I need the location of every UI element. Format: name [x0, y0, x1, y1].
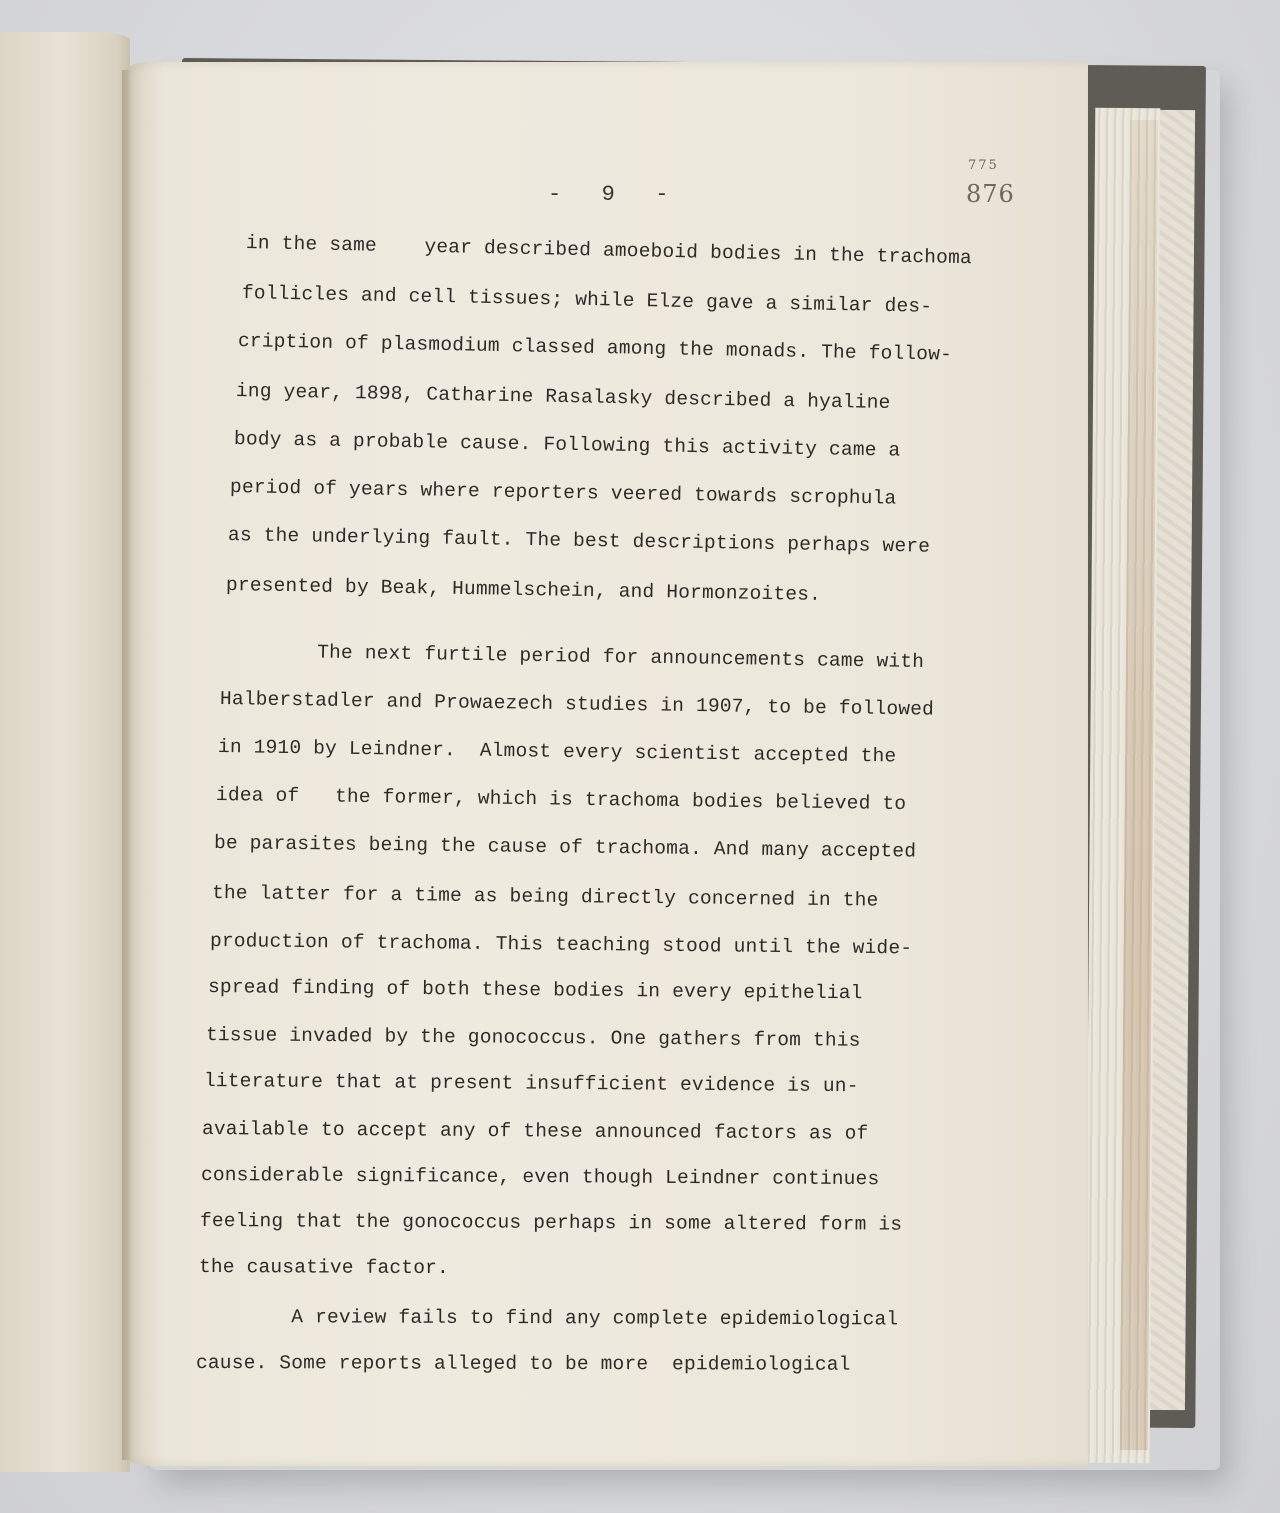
text-line: the latter for a time as being directly …: [212, 882, 879, 912]
text-line: cause. Some reports alleged to be more e…: [196, 1352, 851, 1376]
text-line: the causative factor.: [199, 1256, 449, 1279]
text-line: tissue invaded by the gonococcus. One ga…: [206, 1024, 861, 1052]
text-line: as the underlying fault. The best descri…: [228, 524, 930, 558]
text-line: in 1910 by Leindner. Almost every scient…: [218, 736, 897, 767]
text-line: The next furtile period for announcement…: [222, 640, 924, 673]
text-line: literature that at present insufficient …: [204, 1070, 859, 1097]
text-line: considerable significance, even though L…: [201, 1164, 880, 1190]
folio-stamp-number: 876: [966, 180, 1015, 208]
text-line: A review fails to find any complete epid…: [208, 1306, 898, 1330]
text-line: production of trachoma. This teaching st…: [210, 930, 912, 959]
text-line: cription of plasmodium classed among the…: [238, 330, 952, 366]
text-line: follicles and cell tissues; while Elze g…: [242, 282, 933, 318]
folio-pencil-number: 775: [968, 158, 999, 173]
text-line: feeling that the gonococcus perhaps in s…: [200, 1210, 902, 1236]
text-line: spread finding of both these bodies in e…: [208, 976, 863, 1004]
text-line: Halberstadler and Prowaezech studies in …: [220, 688, 934, 721]
text-line: presented by Beak, Hummelschein, and Hor…: [226, 574, 821, 606]
text-line: available to accept any of these announc…: [202, 1118, 869, 1145]
text-line: period of years where reporters veered t…: [230, 476, 897, 510]
text-line: idea of the former, which is trachoma bo…: [216, 784, 907, 815]
text-line: body as a probable cause. Following this…: [234, 428, 901, 462]
text-line: be parasites being the cause of trachoma…: [214, 832, 916, 863]
text-line: in the same year described amoeboid bodi…: [246, 232, 972, 269]
text-line: ing year, 1898, Catharine Rasalasky desc…: [236, 380, 891, 414]
typewritten-text: - 9 - 775 876 in the same year described…: [0, 0, 1280, 1513]
page-number: - 9 -: [548, 182, 669, 207]
